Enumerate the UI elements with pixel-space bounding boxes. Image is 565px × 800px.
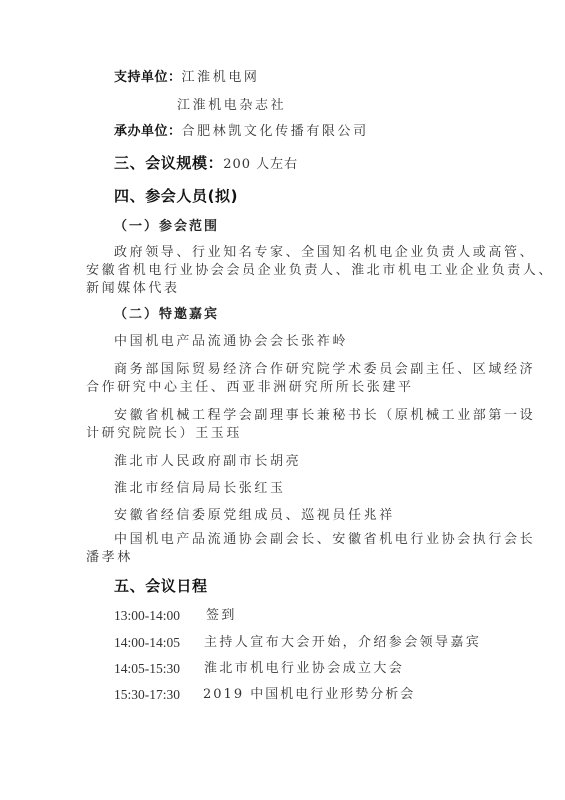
schedule-item: 主持人宣布大会开始，介绍参会领导嘉宾 [204, 635, 481, 651]
scope-line: 安徽省机电行业协会会员企业负责人、淮北市机电工业企业负责人、 [86, 263, 554, 279]
guest-item: 安徽省机械工程学会副理事长兼秘书长（原机械工业部第一设 [114, 408, 535, 424]
guest-item: 中国机电产品流通协会副会长、安徽省机电行业协会执行会长 [114, 532, 535, 548]
host-unit: 合肥林凯文化传播有限公司 [182, 124, 369, 139]
scope-line: 政府领导、行业知名专家、全国知名机电企业负责人或高管、 [114, 245, 535, 261]
guest-item: 安徽省经信委原党组成员、巡视员任兆祥 [114, 508, 395, 524]
schedule-time: 15:30-17:30 [114, 687, 180, 703]
guest-item-cont: 潘孝林 [86, 550, 133, 566]
schedule-time: 13:00-14:00 [114, 608, 180, 624]
schedule-item: 淮北市机电行业协会成立大会 [204, 661, 404, 677]
section-5-heading: 五、会议日程 [114, 577, 208, 595]
guest-item: 商务部国际贸易经济合作研究院学术委员会副主任、区域经济 [114, 362, 535, 378]
support-unit: 江淮机电网 [182, 70, 260, 85]
sub-heading-scope: （一）参会范围 [114, 219, 219, 235]
host-unit-label: 承办单位： [114, 124, 182, 139]
schedule-time: 14:05-15:30 [114, 661, 180, 677]
guest-item-cont: 合作研究中心主任、西亚非洲研究所所长张建平 [86, 380, 414, 396]
guest-item: 淮北市经信局局长张红玉 [114, 481, 286, 497]
sub-heading-guests: （二）特邀嘉宾 [114, 307, 219, 323]
section-4-heading: 四、参会人员(拟) [114, 187, 238, 205]
schedule-time: 14:00-14:05 [114, 635, 180, 651]
scope-line: 新闻媒体代表 [86, 281, 180, 297]
section-3-heading: 三、会议规模： [114, 154, 223, 172]
support-units-row: 支持单位：江淮机电网 [114, 70, 260, 86]
guest-item-cont: 计研究院院长）王玉珏 [86, 426, 242, 442]
guest-item: 淮北市人民政府副市长胡亮 [114, 454, 301, 470]
support-units-label: 支持单位： [114, 70, 182, 85]
guest-item: 中国机电产品流通协会会长张祚岭 [114, 334, 348, 350]
support-unit: 江淮机电杂志社 [177, 98, 286, 114]
schedule-item: 签到 [206, 608, 237, 624]
meeting-scale-value: 200 人左右 [223, 157, 298, 172]
section-3: 三、会议规模：200 人左右 [114, 154, 298, 173]
host-unit-row: 承办单位：合肥林凯文化传播有限公司 [114, 124, 369, 140]
schedule-item: 2019 中国机电行业形势分析会 [203, 687, 415, 703]
